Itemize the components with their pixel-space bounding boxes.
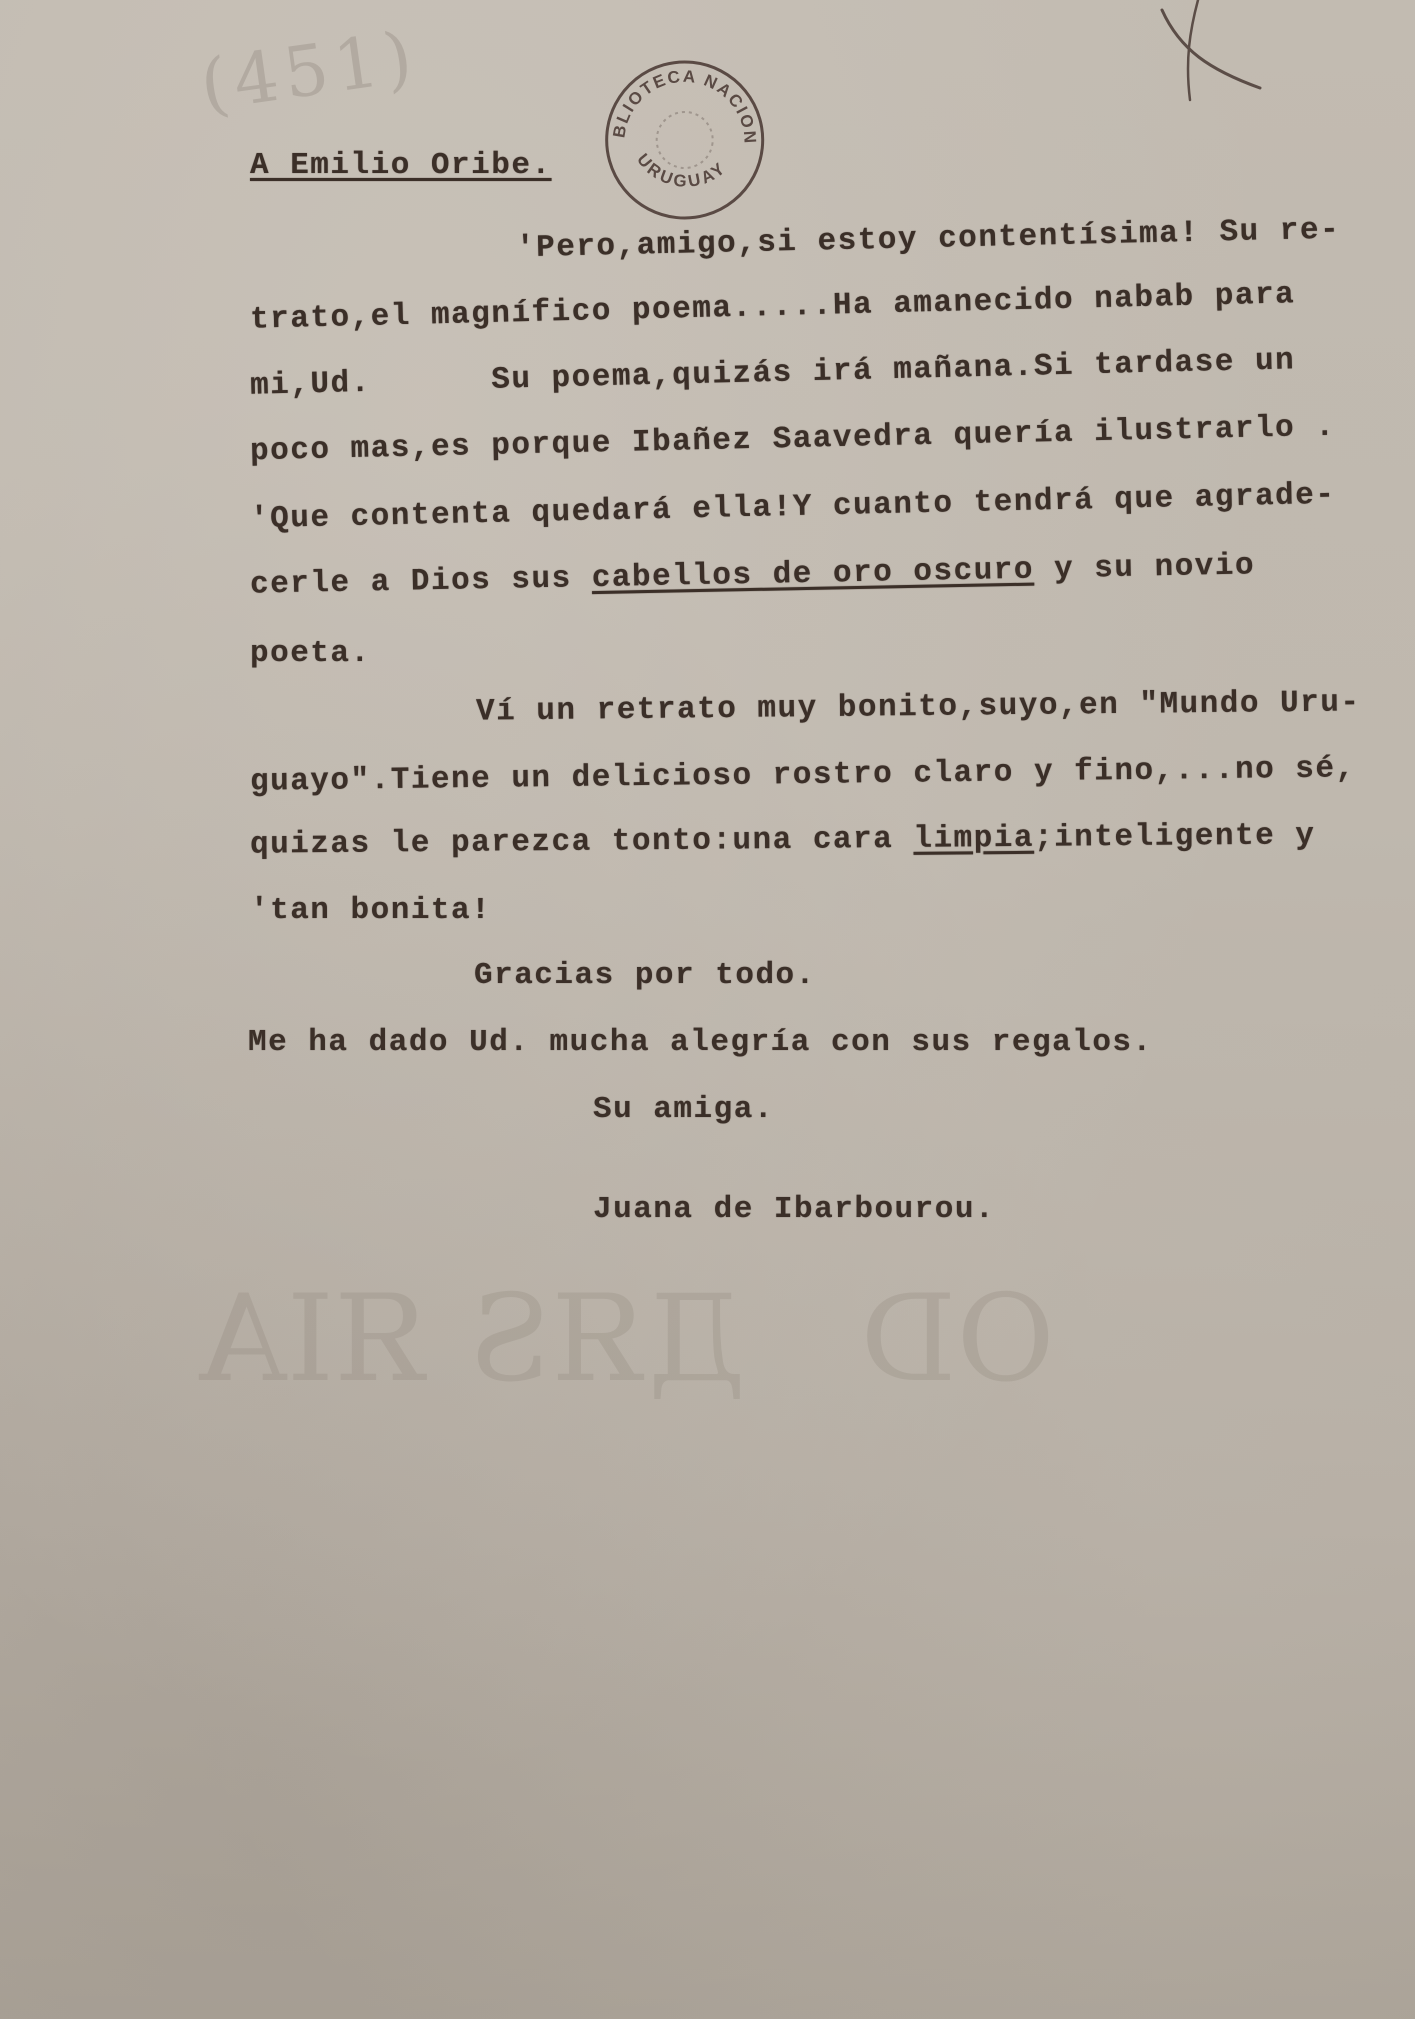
recipient-heading: A Emilio Oribe. — [250, 148, 552, 183]
body-line-7: poeta. — [250, 636, 371, 671]
body-line-2: trato,el magnífico poema.....Ha amanecid… — [250, 277, 1296, 338]
underlined-word: limpia — [913, 821, 1034, 857]
body-line-12: Gracias por todo. — [474, 958, 816, 993]
show-through-text: OD ДЯS ЯIA — [200, 1270, 1055, 1409]
body-line-10: quizas le parezca tonto:una cara limpia;… — [250, 818, 1316, 862]
library-stamp-icon: BIBLIOTECA NACIONAL URUGUAY — [592, 44, 779, 231]
body-line-9: guayo".Tiene un delicioso rostro claro y… — [250, 751, 1356, 800]
handwritten-cross-icon — [1160, 0, 1280, 110]
body-line-13: Me ha dado Ud. mucha alegría con sus reg… — [248, 1025, 1153, 1060]
stamp-bottom-text: URUGUAY — [631, 149, 732, 196]
svg-text:URUGUAY: URUGUAY — [631, 149, 732, 196]
body-line-4: poco mas,es porque Ibañez Saavedra querí… — [250, 410, 1336, 470]
pencil-catalog-mark: (451) — [195, 15, 423, 127]
body-line-8: Ví un retrato muy bonito,suyo,en "Mundo … — [476, 685, 1361, 729]
signature: Juana de Ibarbourou. — [593, 1192, 995, 1227]
body-line-3: mi,Ud. Su poema,quizás irá mañana.Si tar… — [250, 343, 1296, 404]
closing: Su amiga. — [593, 1092, 774, 1127]
body-line-1: 'Pero,amigo,si estoy contentísima! Su re… — [516, 213, 1341, 267]
body-line-11: 'tan bonita! — [250, 893, 491, 928]
body-line-6: cerle a Dios sus cabellos de oro oscuro … — [250, 548, 1256, 602]
underlined-phrase: cabellos de oro oscuro — [591, 553, 1034, 596]
letter-page: (451) BIBLIOTECA NACIONAL URUGUAY OD ДЯS… — [0, 0, 1415, 2019]
body-line-5: 'Que contenta quedará ella!Y cuanto tend… — [250, 478, 1336, 538]
